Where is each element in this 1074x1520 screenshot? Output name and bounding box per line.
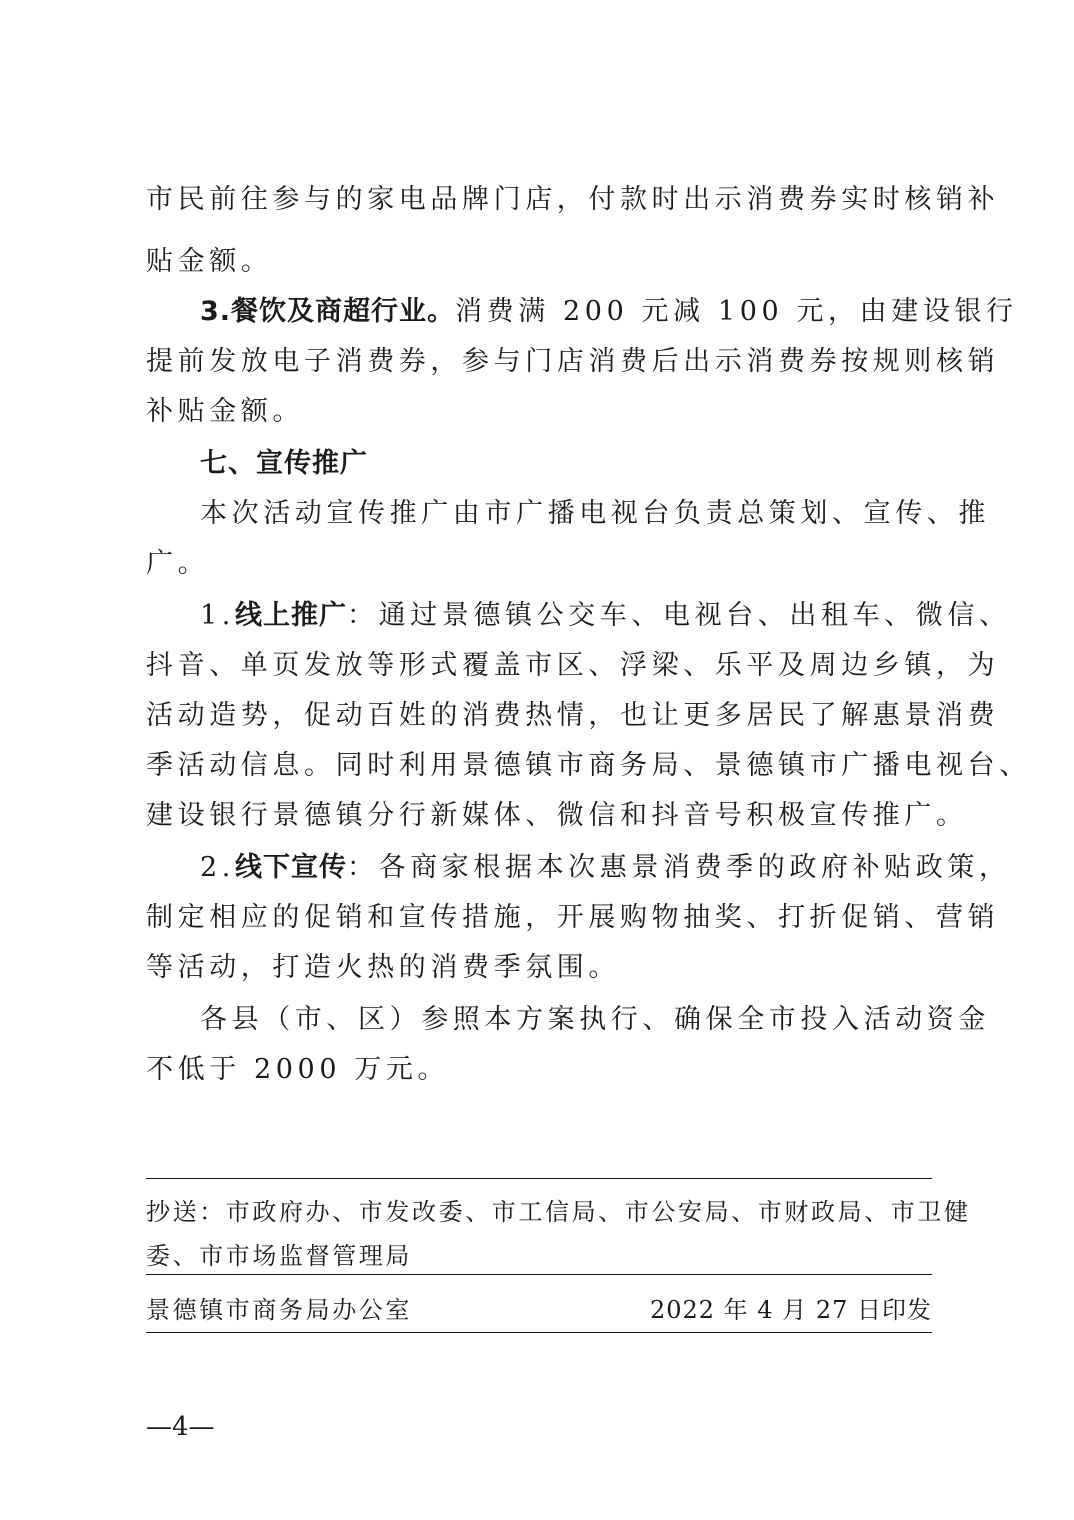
- paragraph-line: 补贴金额。: [146, 394, 936, 430]
- section-lead-bold: 3.餐饮及商超行业。: [200, 296, 455, 327]
- subsection-lead-bold: 线上推广: [235, 600, 347, 631]
- paragraph-line: 活动造势，促动百姓的消费热情，也让更多居民了解惠景消费: [146, 698, 936, 734]
- paragraph-line: 抖音、单页发放等形式覆盖市区、浮梁、乐平及周边乡镇，为: [146, 648, 936, 684]
- page-number: —4—: [146, 1412, 215, 1442]
- paragraph-line: 不低于 2000 万元。: [146, 1052, 936, 1088]
- paragraph-line: 广。: [146, 546, 936, 582]
- paragraph-line: 季活动信息。同时利用景德镇市商务局、景德镇市广播电视台、: [146, 748, 936, 784]
- issue-date: 2022 年 4 月 27 日印发: [650, 1294, 932, 1326]
- paragraph-line: 2.线下宣传：各商家根据本次惠景消费季的政府补贴政策，: [200, 850, 936, 886]
- issuer-name: 景德镇市商务局办公室: [146, 1294, 412, 1326]
- paragraph-line: 建设银行景德镇分行新媒体、微信和抖音号积极宣传推广。: [146, 798, 936, 834]
- paragraph-line: 贴金额。: [146, 244, 936, 280]
- paragraph-line: 提前发放电子消费券，参与门店消费后出示消费券按规则核销: [146, 344, 936, 380]
- paragraph-line: 1.线上推广：通过景德镇公交车、电视台、出租车、微信、: [200, 598, 936, 634]
- subsection-lead-bold: 线下宣传: [235, 852, 347, 883]
- paragraph-line: 各县（市、区）参照本方案执行、确保全市投入活动资金: [200, 1002, 936, 1038]
- footer-middle-rule: [146, 1274, 932, 1275]
- paragraph-line: 3.餐饮及商超行业。消费满 200 元减 100 元，由建设银行: [200, 294, 936, 330]
- document-page: 市民前往参与的家电品牌门店，付款时出示消费券实时核销补 贴金额。 3.餐饮及商超…: [0, 0, 1074, 1520]
- cc-list-line: 抄送：市政府办、市发改委、市工信局、市公安局、市财政局、市卫健: [146, 1196, 971, 1228]
- cc-list-line: 委、市市场监督管理局: [146, 1240, 412, 1272]
- paragraph-line: 制定相应的促销和宣传措施，开展购物抽奖、打折促销、营销: [146, 900, 936, 936]
- section-heading: 七、宣传推广: [200, 446, 936, 482]
- paragraph-line: 市民前往参与的家电品牌门店，付款时出示消费券实时核销补: [146, 182, 936, 218]
- paragraph-line: 本次活动宣传推广由市广播电视台负责总策划、宣传、推: [200, 496, 936, 532]
- paragraph-line: 等活动，打造火热的消费季氛围。: [146, 950, 936, 986]
- footer-bottom-rule: [146, 1332, 932, 1333]
- footer-top-rule: [146, 1178, 932, 1179]
